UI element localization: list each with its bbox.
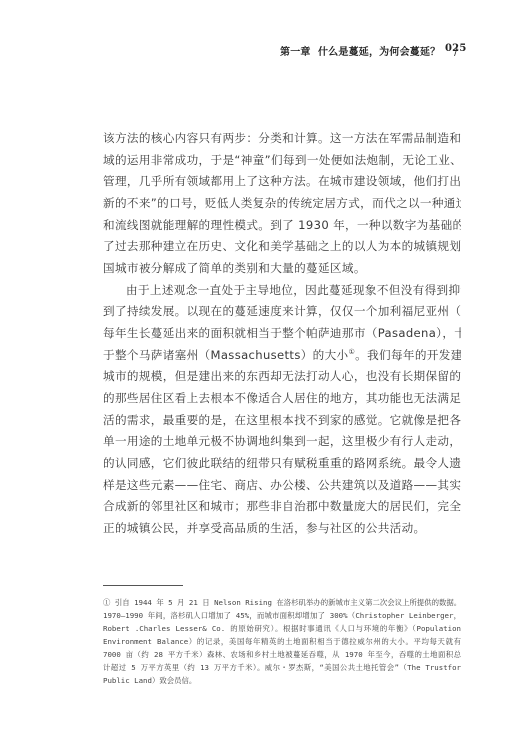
footnote-line: Environment Balance）的记录，美国每年精英的土地面积相当于德拉… (103, 635, 461, 648)
footnote-line: 7000 亩（约 28 平方千米）森林、农场和乡村土地被蔓延吞噬，从 1970 … (103, 648, 461, 661)
text-line-with-footnote: 于整个马萨诸塞州（Massachusetts）的大小①。我们每年的开发建设量相当… (103, 345, 461, 367)
text-segment: 于整个马萨诸塞州（Massachusetts）的大小 (103, 348, 349, 362)
footnote-line: 计超过 5 万平方英里（约 13 万平方千米）。威尔・罗杰斯，“美国公共土地托管… (103, 661, 461, 674)
paragraph-2: 由于上述观念一直处于主导地位，因此蔓延现象不但没有得到抑制，反而得 到了持续发展… (103, 280, 461, 540)
text-line: 正的城镇公民，并享受高品质的生活，参与社区的公共活动。 (103, 518, 461, 540)
text-line: 由于上述观念一直处于主导地位，因此蔓延现象不但没有得到抑制，反而得 (103, 280, 461, 302)
text-line: 的认同感，它们彼此联结的纽带只有赋税重重的路网系统。最令人遗憾的是，同 (103, 453, 461, 475)
text-line: 新的不来”的口号，贬低人类复杂的传统定居方式，而代之以一种通过系统分析 (103, 193, 461, 215)
text-line: 管理，几乎所有领域都用上了这种方法。在城市建设领域，他们打出“旧的不去， (103, 171, 461, 193)
footnote-line: Robert .Charles Lesser& Co. 的原始研究）。根据时事通… (103, 622, 461, 635)
text-line: 活的需求，最重要的是，在这里根本找不到家的感觉。它就像是把各种标准化的、 (103, 410, 461, 432)
footnote-line: Public Land）致会员信。 (103, 674, 461, 687)
text-line: 样是这些元素——住宅、商店、办公楼、公共建筑以及道路——其实完全可以组 (103, 475, 461, 497)
text-line: 到了持续发展。以现在的蔓延速度来计算，仅仅一个加利福尼亚州（California… (103, 301, 461, 323)
page-number: 025 (445, 43, 466, 54)
text-line: 该方法的核心内容只有两步：分类和计算。这一方法在军需品制造和部队调配领 (103, 128, 461, 150)
text-line: 和流线图就能理解的理性模式。到了 1930 年，一种以数字为基础的专业技术取代 (103, 215, 461, 237)
text-line: 每年生长蔓延出来的面积就相当于整个帕萨迪那市（Pasadena），十年后就会相当 (103, 323, 461, 345)
text-line: 合成新的邻里社区和城市；那些非自治郡中数量庞大的居民们，完全可以成为真 (103, 496, 461, 518)
footnote-divider (103, 585, 183, 586)
footnote-line: ① 引自 1944 年 5 月 21 日 Nelson Rising 在洛杉矶举… (103, 596, 461, 609)
text-line: 的那些居住区看上去根本不像适合人居住的地方，其功能也无法满足人们日常生 (103, 388, 461, 410)
text-line: 国城市被分解成了简单的类别和大量的蔓延区域。 (103, 258, 461, 280)
text-line: 域的运用非常成功，于是“神童”们每到一处便如法炮制，无论工业、教育还是 (103, 150, 461, 172)
text-line: 单一用途的土地单元极不协调地纠集到一起，这里极少有行人走动，亦缺少市民 (103, 431, 461, 453)
chapter-title: 什么是蔓延，为何会蔓延？ (318, 47, 440, 58)
text-segment: 。我们每年的开发建设量相当于几个 (355, 348, 461, 362)
running-head: 第一章 什么是蔓延，为何会蔓延？ / 025 (280, 43, 470, 57)
body-text: 该方法的核心内容只有两步：分类和计算。这一方法在军需品制造和部队调配领 域的运用… (103, 128, 461, 539)
text-line: 城市的规模，但是建出来的东西却无法打动人心，也没有长期保留的价值。新建 (103, 366, 461, 388)
footnote: ① 引自 1944 年 5 月 21 日 Nelson Rising 在洛杉矶举… (103, 596, 461, 687)
footnote-line: 1970–1990 年间，洛杉矶人口增加了 45%，而城市面积却增加了 300%… (103, 609, 461, 622)
text-line: 了过去那种建立在历史、文化和美学基础之上的以人为本的城镇规划。于是，美 (103, 236, 461, 258)
paragraph-1: 该方法的核心内容只有两步：分类和计算。这一方法在军需品制造和部队调配领 域的运用… (103, 128, 461, 280)
chapter-label: 第一章 (280, 47, 311, 58)
